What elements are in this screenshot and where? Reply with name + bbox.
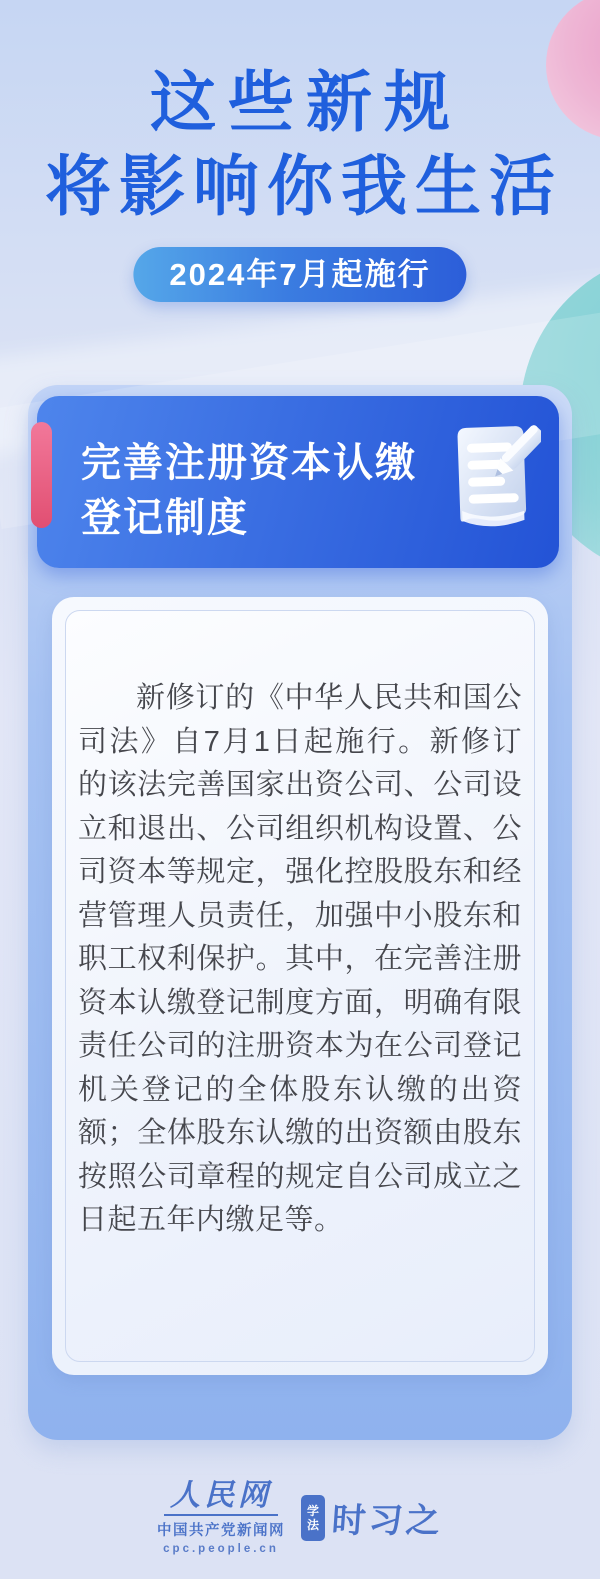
footer: 人民网 中国共产党新闻网 cpc.people.cn 学 法 时习之 <box>0 1480 600 1555</box>
xuefa-char-bottom: 法 <box>307 1518 319 1532</box>
section-card: 完善注册资本认缴 登记制度 <box>28 385 572 1440</box>
shixizhi-wordmark: 时习之 <box>330 1493 444 1542</box>
xuefa-char-top: 学 <box>307 1504 319 1518</box>
cpc-news-site-label: 中国共产党新闻网 <box>157 1519 285 1540</box>
document-pencil-icon <box>443 422 541 534</box>
effective-date-badge: 2024年7月起施行 <box>133 247 466 302</box>
people-daily-wordmark: 人民网 <box>164 1480 278 1516</box>
shixizhi-logo-block: 学 法 时习之 <box>301 1493 443 1542</box>
section-body-card: 新修订的《中华人民共和国公司法》自7月1日起施行。新修订的该法完善国家出资公司、… <box>52 597 548 1375</box>
poster-page: 这些新规 将影响你我生活 2024年7月起施行 完善注册资本认缴 登记制度 <box>0 0 600 1579</box>
pink-tab-decoration <box>31 422 52 528</box>
xuefa-badge-icon: 学 法 <box>301 1495 325 1541</box>
section-heading-line2: 登记制度 <box>81 491 417 546</box>
section-heading-line1: 完善注册资本认缴 <box>81 436 417 491</box>
section-heading: 完善注册资本认缴 登记制度 <box>81 436 417 546</box>
section-header-card: 完善注册资本认缴 登记制度 <box>37 396 559 568</box>
poster-title-line1: 这些新规 <box>0 62 600 144</box>
cpc-url-label: cpc.people.cn <box>157 1543 285 1555</box>
section-body-text: 新修订的《中华人民共和国公司法》自7月1日起施行。新修订的该法完善国家出资公司、… <box>66 611 534 1243</box>
poster-title: 这些新规 将影响你我生活 <box>0 62 600 230</box>
people-daily-logo-block: 人民网 中国共产党新闻网 cpc.people.cn <box>157 1480 285 1555</box>
poster-title-line2: 将影响你我生活 <box>0 144 600 230</box>
section-text-panel: 新修订的《中华人民共和国公司法》自7月1日起施行。新修订的该法完善国家出资公司、… <box>65 610 535 1362</box>
